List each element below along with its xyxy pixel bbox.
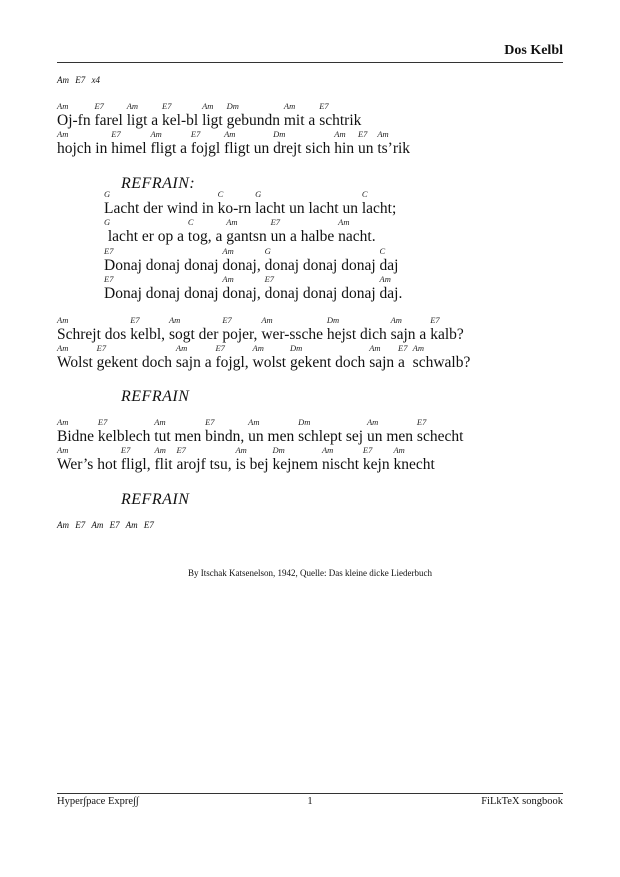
- refrain-line-1: GLacht der wind in Cko-rn Glacht un lach…: [104, 201, 396, 217]
- lyric-segment: Amfligt a: [150, 141, 190, 157]
- lyric-segment: E7Donaj donaj donaj: [104, 286, 222, 302]
- lyric-segment: Amhin: [334, 141, 358, 157]
- songbook-page: Dos Kelbl Am E7 x4 AmOj-fn E7farel Amlig…: [0, 0, 620, 877]
- verse1-line-2: Amhojch in E7himel Amfligt a E7fojgl Amf…: [57, 141, 410, 157]
- lyric-text: un men: [248, 428, 298, 445]
- chord-label: Am: [248, 418, 259, 427]
- chord-label: E7: [162, 102, 171, 111]
- verse3-line-1: AmBidne E7kelblech Amtut men E7bindn, Am…: [57, 429, 463, 445]
- lyric-text: kejnem: [272, 456, 322, 473]
- chord-label: E7: [191, 130, 200, 139]
- lyric-text: nacht.: [338, 228, 375, 245]
- lyric-text: sogt der: [169, 326, 222, 343]
- chord-label: Am: [226, 218, 237, 227]
- chord-label: Am: [202, 102, 213, 111]
- chord-label: E7: [111, 130, 120, 139]
- chord-label: Am: [169, 316, 180, 325]
- chord-label: Am: [393, 446, 404, 455]
- chord-label: G: [104, 218, 110, 227]
- lyric-text: sajn a: [391, 326, 431, 343]
- chord-label: E7: [430, 316, 439, 325]
- lyric-segment: Dmgebundn: [227, 113, 284, 129]
- lyric-text: schwalb?: [413, 354, 471, 371]
- refrain-heading: REFRAIN:: [121, 175, 195, 193]
- chord-label: C: [380, 247, 386, 256]
- lyric-text: lacht er op a: [104, 228, 188, 245]
- chord-label: Am: [150, 130, 161, 139]
- lyric-segment: AmOj-fn: [57, 113, 94, 129]
- lyric-text: is bej: [235, 456, 272, 473]
- lyric-segment: Amligt: [202, 113, 227, 129]
- lyric-segment: Amdonaj,: [222, 258, 264, 274]
- lyric-segment: E7kelbl,: [130, 327, 169, 343]
- chord-label: E7: [98, 418, 107, 427]
- lyric-segment: Amts’rik: [377, 141, 410, 157]
- refrain-marker-2: REFRAIN: [121, 491, 189, 509]
- chord-label: G: [265, 247, 271, 256]
- lyric-text: farel: [94, 112, 126, 129]
- chord-label: Am: [222, 275, 233, 284]
- lyric-segment: G lacht er op a: [104, 229, 188, 245]
- lyric-segment: Dmhejst dich: [327, 327, 391, 343]
- lyric-text: donaj,: [222, 285, 264, 302]
- lyric-segment: AmBidne: [57, 429, 98, 445]
- lyric-text: pojer,: [222, 326, 261, 343]
- chord-label: E7: [130, 316, 139, 325]
- lyric-text: hojch in: [57, 140, 111, 157]
- chord-label: E7: [398, 344, 407, 353]
- lyric-segment: Dmschlept sej: [298, 429, 367, 445]
- chord-label: Dm: [290, 344, 302, 353]
- lyric-segment: Amsajn: [369, 355, 398, 371]
- lyric-segment: Amschwalb?: [413, 355, 471, 371]
- chord-label: E7: [176, 446, 185, 455]
- lyric-segment: Amis bej: [235, 457, 272, 473]
- chord-label: Dm: [272, 446, 284, 455]
- lyric-text: fojgl: [191, 140, 224, 157]
- lyric-segment: AmWer’s hot: [57, 457, 121, 473]
- lyric-segment: Amligt a: [127, 113, 162, 129]
- chord-label: Am: [155, 446, 166, 455]
- chord-label: E7: [104, 247, 113, 256]
- lyric-text: ligt a: [127, 112, 162, 129]
- chord-label: Am: [261, 316, 272, 325]
- lyric-text: Oj-fn: [57, 112, 94, 129]
- chord-label: Am: [235, 446, 246, 455]
- lyric-segment: Ammit a: [284, 113, 319, 129]
- lyric-segment: Amdonaj,: [222, 286, 264, 302]
- chord-label: Am: [224, 130, 235, 139]
- intro-chords: Am E7 x4: [57, 75, 100, 85]
- lyric-text: Schrejt dos: [57, 326, 130, 343]
- lyric-segment: E7a: [398, 355, 413, 371]
- chord-label: Am: [57, 130, 68, 139]
- lyric-segment: Amhojch in: [57, 141, 111, 157]
- lyric-text: kalb?: [430, 326, 464, 343]
- chord-label: G: [104, 190, 110, 199]
- lyric-segment: Dmkejnem: [272, 457, 322, 473]
- chord-label: Am: [334, 130, 345, 139]
- lyric-text: un men: [367, 428, 417, 445]
- chord-label: E7: [121, 446, 130, 455]
- song-credit: By Itschak Katsenelson, 1942, Quelle: Da…: [0, 568, 620, 578]
- lyric-text: sajn a: [176, 354, 216, 371]
- chord-label: E7: [205, 418, 214, 427]
- lyric-text: tog, a: [188, 228, 226, 245]
- chord-label: C: [188, 218, 194, 227]
- lyric-segment: Gdonaj donaj donaj: [265, 258, 380, 274]
- chord-label: Am: [176, 344, 187, 353]
- lyric-text: Donaj donaj donaj: [104, 257, 222, 274]
- lyric-segment: Amdaj.: [380, 286, 403, 302]
- lyric-segment: E7kejn: [363, 457, 394, 473]
- lyric-text: wolst: [253, 354, 290, 371]
- lyric-segment: E7schtrik: [319, 113, 361, 129]
- lyric-text: ts’rik: [377, 140, 410, 157]
- lyric-segment: Amsajn a: [176, 355, 216, 371]
- lyric-text: daj: [380, 257, 399, 274]
- lyric-text: tut men: [154, 428, 205, 445]
- lyric-text: kejn: [363, 456, 394, 473]
- chord-label: E7: [94, 102, 103, 111]
- lyric-segment: Cko-rn: [218, 201, 255, 217]
- lyric-segment: E7un a halbe: [271, 229, 339, 245]
- lyric-text: un a halbe: [271, 228, 339, 245]
- chord-label: Am: [222, 247, 233, 256]
- chord-label: E7: [104, 275, 113, 284]
- lyric-segment: E7Donaj donaj donaj: [104, 258, 222, 274]
- chord-label: E7: [271, 218, 280, 227]
- lyric-segment: E7arojf tsu,: [176, 457, 235, 473]
- lyric-segment: Amun men: [367, 429, 417, 445]
- refrain-line-3: E7Donaj donaj donaj Amdonaj, Gdonaj dona…: [104, 258, 398, 274]
- lyric-segment: AmWolst: [57, 355, 97, 371]
- lyric-text: donaj,: [222, 257, 264, 274]
- chord-label: Am: [284, 102, 295, 111]
- chord-label: Am: [57, 102, 68, 111]
- lyric-text: arojf tsu,: [176, 456, 235, 473]
- lyric-text: fojgl,: [215, 354, 252, 371]
- lyric-segment: Ctog, a: [188, 229, 226, 245]
- footer-rule: [57, 793, 563, 794]
- chord-label: E7: [265, 275, 274, 284]
- lyric-segment: E7fligl,: [121, 457, 155, 473]
- lyric-text: drejt sich: [273, 140, 334, 157]
- lyric-text: sajn: [369, 354, 398, 371]
- verse2-line-2: AmWolst E7gekent doch Amsajn a E7fojgl, …: [57, 355, 470, 371]
- chord-label: Am: [57, 344, 68, 353]
- chord-label: Am: [57, 418, 68, 427]
- chord-label: Am: [380, 275, 391, 284]
- lyric-text: Lacht der wind in: [104, 200, 218, 217]
- lyric-text: Wer’s hot: [57, 456, 121, 473]
- chord-label: Am: [154, 418, 165, 427]
- chord-label: Am: [127, 102, 138, 111]
- chord-label: E7: [417, 418, 426, 427]
- chord-label: Dm: [327, 316, 339, 325]
- lyric-text: Bidne: [57, 428, 98, 445]
- footer-right: FiLkTeX songbook: [481, 796, 563, 807]
- chord-label: Am: [367, 418, 378, 427]
- lyric-segment: AmSchrejt dos: [57, 327, 130, 343]
- chord-label: Am: [338, 218, 349, 227]
- lyric-segment: E7schecht: [417, 429, 463, 445]
- lyric-segment: Amsajn a: [391, 327, 431, 343]
- lyric-segment: E7un: [358, 141, 377, 157]
- lyric-segment: E7farel: [94, 113, 126, 129]
- chord-label: E7: [358, 130, 367, 139]
- lyric-text: schlept sej: [298, 428, 367, 445]
- lyric-text: gekent doch: [290, 354, 369, 371]
- lyric-text: mit a: [284, 112, 319, 129]
- verse3-line-2: AmWer’s hot E7fligl, Amflit E7arojf tsu,…: [57, 457, 435, 473]
- chord-label: E7: [363, 446, 372, 455]
- lyric-text: donaj donaj donaj: [265, 285, 380, 302]
- verse2-line-1: AmSchrejt dos E7kelbl, Amsogt der E7poje…: [57, 327, 464, 343]
- chord-label: Dm: [298, 418, 310, 427]
- lyric-text: kel-bl: [162, 112, 202, 129]
- lyric-text: schtrik: [319, 112, 361, 129]
- lyric-text: donaj donaj donaj: [265, 257, 380, 274]
- lyric-segment: Amwolst: [253, 355, 290, 371]
- lyric-text: fligt un: [224, 140, 273, 157]
- lyric-text: schecht: [417, 428, 463, 445]
- lyric-text: gantsn: [226, 228, 270, 245]
- lyric-segment: E7bindn,: [205, 429, 248, 445]
- chord-label: Dm: [273, 130, 285, 139]
- lyric-segment: Cdaj: [380, 258, 399, 274]
- lyric-segment: Dmgekent doch: [290, 355, 369, 371]
- lyric-segment: Dmdrejt sich: [273, 141, 334, 157]
- lyric-segment: Amsogt der: [169, 327, 222, 343]
- lyric-text: bindn,: [205, 428, 248, 445]
- lyric-text: kelbl,: [130, 326, 169, 343]
- chord-label: E7: [97, 344, 106, 353]
- outro-chords: Am E7 Am E7 Am E7: [57, 520, 154, 530]
- lyric-text: Wolst: [57, 354, 97, 371]
- lyric-text: hejst dich: [327, 326, 391, 343]
- lyric-text: daj.: [380, 285, 403, 302]
- lyric-text: wer-ssche: [261, 326, 327, 343]
- lyric-text: un: [358, 140, 377, 157]
- lyric-segment: Amnischt: [322, 457, 363, 473]
- lyric-segment: Amfligt un: [224, 141, 273, 157]
- lyric-segment: E7pojer,: [222, 327, 261, 343]
- lyric-segment: Amgantsn: [226, 229, 270, 245]
- song-title: Dos Kelbl: [504, 43, 563, 59]
- chord-label: Am: [369, 344, 380, 353]
- lyric-segment: GLacht der wind in: [104, 201, 218, 217]
- lyric-segment: Amknecht: [393, 457, 434, 473]
- lyric-segment: E7donaj donaj donaj: [265, 286, 380, 302]
- refrain-line-2: G lacht er op a Ctog, a Amgantsn E7un a …: [104, 229, 376, 245]
- lyric-text: gebundn: [227, 112, 284, 129]
- chord-label: C: [218, 190, 224, 199]
- chord-label: Am: [322, 446, 333, 455]
- chord-label: E7: [215, 344, 224, 353]
- lyric-text: kelblech: [98, 428, 154, 445]
- lyric-text: lacht;: [362, 200, 396, 217]
- lyric-segment: Clacht;: [362, 201, 396, 217]
- lyric-text: flit: [155, 456, 177, 473]
- chord-label: Am: [413, 344, 424, 353]
- lyric-segment: E7kelblech: [98, 429, 154, 445]
- lyric-text: hin: [334, 140, 358, 157]
- lyric-segment: E7kalb?: [430, 327, 464, 343]
- lyric-text: knecht: [393, 456, 434, 473]
- lyric-text: fligt a: [150, 140, 190, 157]
- refrain-marker-1: REFRAIN: [121, 388, 189, 406]
- lyric-segment: E7kel-bl: [162, 113, 202, 129]
- verse1-line-1: AmOj-fn E7farel Amligt a E7kel-bl Amligt…: [57, 113, 361, 129]
- lyric-text: fligl,: [121, 456, 155, 473]
- chord-label: Am: [253, 344, 264, 353]
- lyric-text: nischt: [322, 456, 363, 473]
- chord-label: E7: [319, 102, 328, 111]
- lyric-segment: Amtut men: [154, 429, 205, 445]
- lyric-text: ligt: [202, 112, 227, 129]
- lyric-text: Donaj donaj donaj: [104, 285, 222, 302]
- chord-label: Am: [391, 316, 402, 325]
- lyric-segment: E7gekent doch: [97, 355, 176, 371]
- chord-label: Am: [57, 316, 68, 325]
- chord-label: C: [362, 190, 368, 199]
- chord-label: Am: [377, 130, 388, 139]
- lyric-segment: Glacht un lacht un: [255, 201, 362, 217]
- lyric-segment: Amnacht.: [338, 229, 375, 245]
- lyric-segment: E7fojgl,: [215, 355, 252, 371]
- lyric-text: gekent doch: [97, 354, 176, 371]
- lyric-segment: Amflit: [155, 457, 177, 473]
- lyric-text: a: [398, 354, 413, 371]
- chord-label: E7: [222, 316, 231, 325]
- chord-label: G: [255, 190, 261, 199]
- lyric-segment: Amun men: [248, 429, 298, 445]
- lyric-segment: E7himel: [111, 141, 150, 157]
- chord-label: Dm: [227, 102, 239, 111]
- lyric-segment: E7fojgl: [191, 141, 224, 157]
- lyric-text: ko-rn: [218, 200, 255, 217]
- refrain-line-4: E7Donaj donaj donaj Amdonaj, E7donaj don…: [104, 286, 402, 302]
- lyric-text: himel: [111, 140, 150, 157]
- lyric-segment: Amwer-ssche: [261, 327, 327, 343]
- header-rule: [57, 62, 563, 63]
- lyric-text: lacht un lacht un: [255, 200, 362, 217]
- chord-label: Am: [57, 446, 68, 455]
